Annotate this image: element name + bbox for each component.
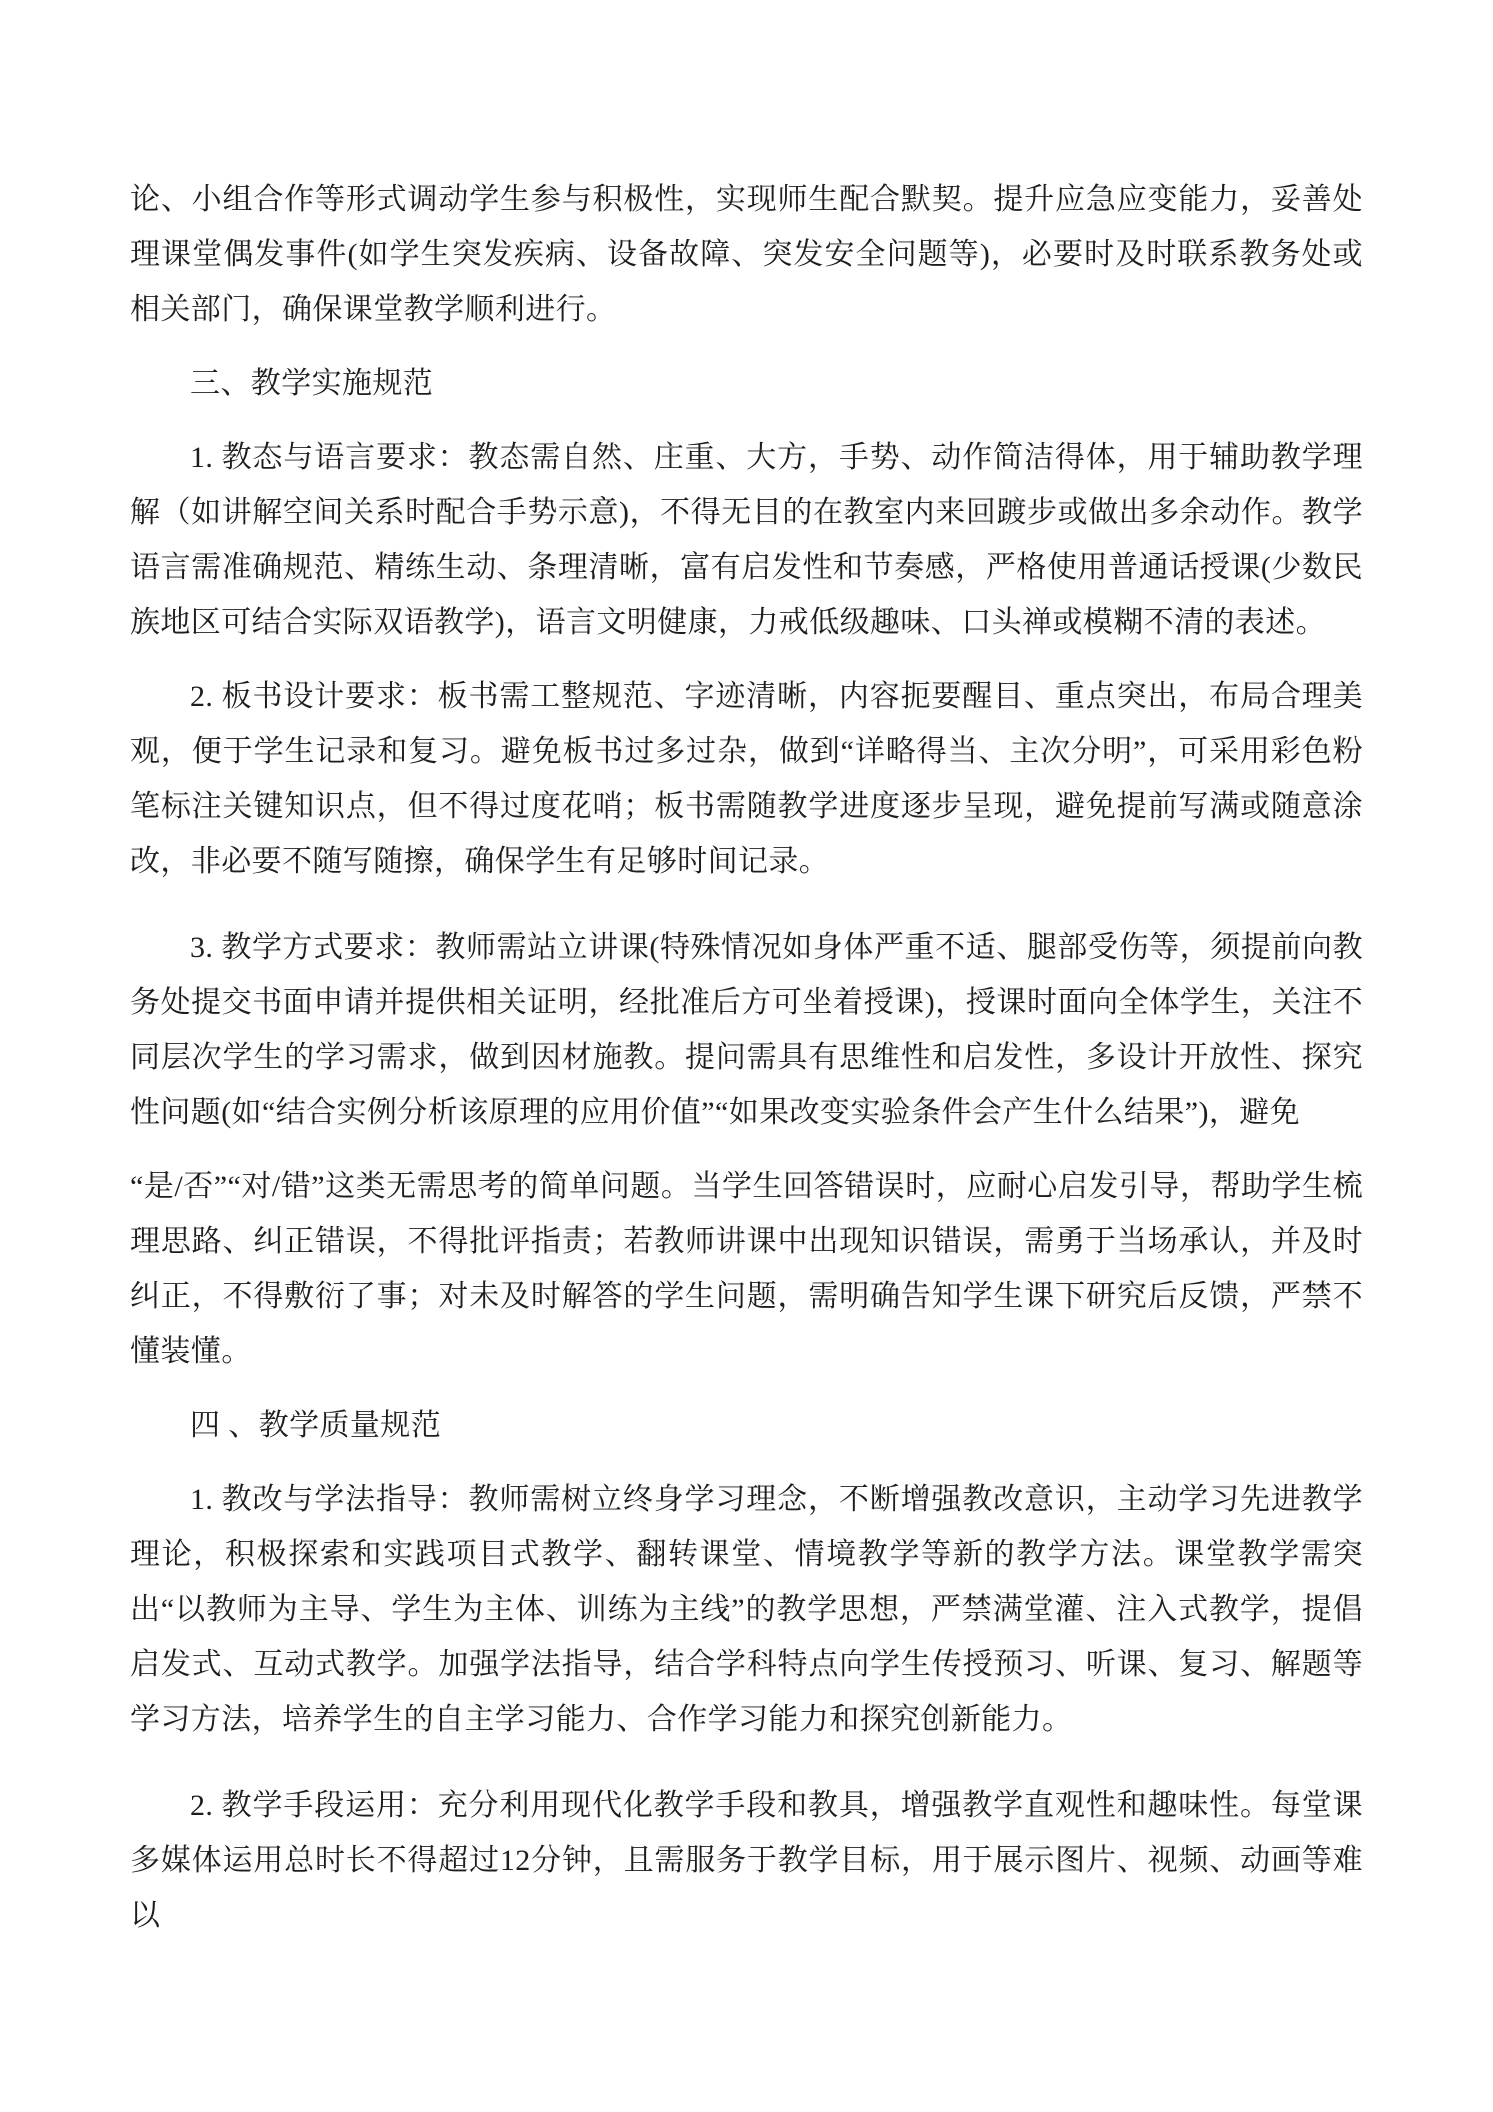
document-body: 论、小组合作等形式调动学生参与积极性，实现师生配合默契。提升应急应变能力，妥善处… [130, 172, 1363, 1943]
section-heading-4: 四 、教学质量规范 [130, 1398, 1363, 1453]
document-page: 论、小组合作等形式调动学生参与积极性，实现师生配合默契。提升应急应变能力，妥善处… [0, 0, 1493, 2112]
paragraph-teaching-posture-language: 1. 教态与语言要求：教态需自然、庄重、大方，手势、动作简洁得体，用于辅助教学理… [130, 430, 1363, 650]
paragraph-blackboard-design: 2. 板书设计要求：板书需工整规范、字迹清晰，内容扼要醒目、重点突出，布局合理美… [130, 669, 1363, 889]
paragraph-teaching-method-part1: 3. 教学方式要求：教师需站立讲课(特殊情况如身体严重不适、腿部受伤等，须提前向… [130, 920, 1363, 1140]
paragraph-teaching-reform-guidance: 1. 教改与学法指导：教师需树立终身学习理念，不断增强教改意识，主动学习先进教学… [130, 1472, 1363, 1747]
paragraph-teaching-method-part2: “是/否”“对/错”这类无需思考的简单问题。当学生回答错误时，应耐心启发引导，帮… [130, 1159, 1363, 1379]
section-heading-3: 三、教学实施规范 [130, 356, 1363, 411]
paragraph-continued: 论、小组合作等形式调动学生参与积极性，实现师生配合默契。提升应急应变能力，妥善处… [130, 172, 1363, 337]
paragraph-teaching-tools: 2. 教学手段运用：充分利用现代化教学手段和教具，增强教学直观性和趣味性。每堂课… [130, 1778, 1363, 1943]
